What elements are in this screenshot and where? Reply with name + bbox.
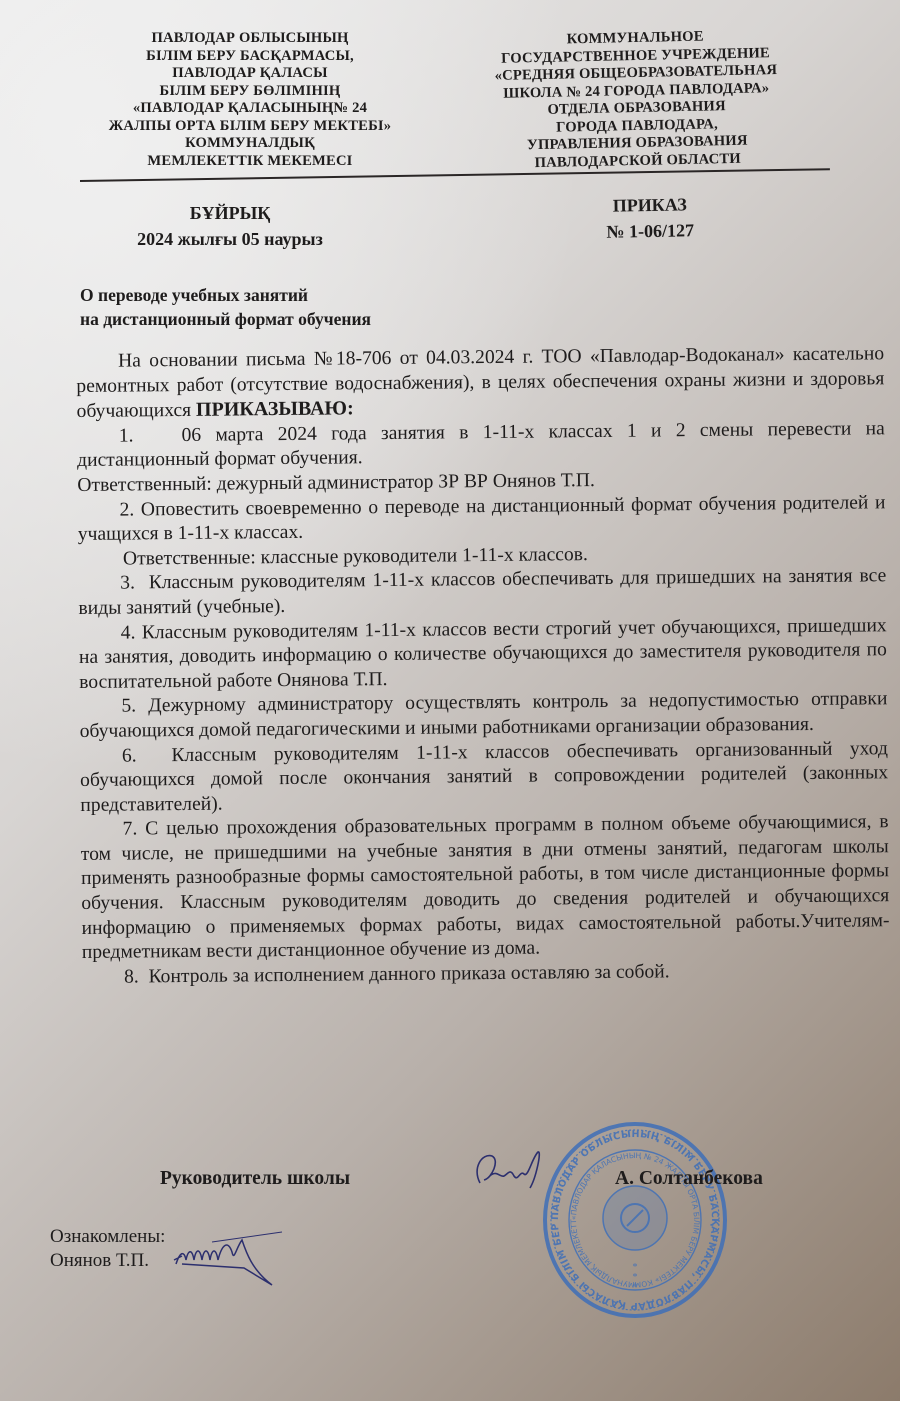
document-page: ПАВЛОДАР ОБЛЫСЫНЫҢ БІЛІМ БЕРУ БАСҚАРМАСЫ… — [0, 0, 900, 1401]
order-item-5: 5. Дежурному администратору осуществлять… — [79, 688, 887, 745]
item-text: 06 марта 2024 года занятия в 1-11-х клас… — [77, 418, 885, 471]
signatory-title: Руководитель школы — [160, 1168, 350, 1190]
svg-text:*: * — [633, 1282, 638, 1293]
header-line: КОММУНАЛДЫҚ — [70, 135, 430, 153]
header-line: МЕМЛЕКЕТТІК МЕКЕМЕСІ — [70, 153, 430, 171]
item-number: 2. — [119, 499, 134, 520]
item-number: 8. — [124, 966, 139, 987]
ack-label: Ознакомлены: — [50, 1225, 165, 1249]
order-title-ru: ПРИКАЗ — [545, 190, 755, 220]
item-text: Классным руководителям 1-11-х классов об… — [78, 566, 886, 619]
header-line: ПАВЛОДАР ОБЛЫСЫНЫҢ — [70, 30, 430, 48]
item-text: Оповестить своевременно о переводе на ди… — [78, 492, 886, 545]
order-body: На основании письма №18-706 от 04.03.202… — [76, 342, 890, 990]
header-kazakh: ПАВЛОДАР ОБЛЫСЫНЫҢ БІЛІМ БЕРУ БАСҚАРМАСЫ… — [70, 30, 430, 170]
order-item-4: 4. Классным руководителям 1-11-х классов… — [79, 614, 888, 696]
preamble: На основании письма №18-706 от 04.03.202… — [76, 342, 885, 425]
item-text: Контроль за исполнением данного приказа … — [148, 961, 669, 987]
order-number: № 1-06/127 — [545, 216, 755, 246]
subject-line: на дистанционный формат обучения — [80, 307, 371, 331]
order-item-7: 7. С целью прохождения образовательных п… — [80, 811, 889, 966]
item-number: 3. — [120, 573, 135, 594]
ack-signature-icon — [172, 1230, 292, 1290]
header-russian: КОММУНАЛЬНОЕ ГОСУДАРСТВЕННОЕ УЧРЕЖДЕНИЕ … — [445, 26, 828, 174]
signatory-name: А. Солтанбекова — [615, 1168, 763, 1190]
item-number: 7. — [123, 819, 138, 840]
director-signature-icon — [470, 1148, 550, 1198]
header-line: БІЛІМ БЕРУ БАСҚАРМАСЫ, — [70, 48, 430, 66]
item-text: Классным руководителям 1-11-х классов об… — [80, 738, 888, 816]
official-stamp-icon: ПАВЛОДАР ОБЛЫСЫНЫҢ БІЛІМ БЕРУ БАСҚАРМАСЫ… — [540, 1120, 730, 1320]
order-date-kz: 2024 жылғы 05 наурыз — [100, 226, 360, 252]
header-line: БІЛІМ БЕРУ БӨЛІМІНІҢ — [70, 83, 430, 101]
item-number: 1. — [119, 425, 134, 446]
header-line: «ПАВЛОДАР ҚАЛАСЫНЫҢ№ 24 — [70, 100, 430, 118]
order-title-kz: БҰЙРЫҚ — [100, 200, 360, 226]
item-number: 4. — [121, 622, 136, 643]
order-item-2: 2. Оповестить своевременно о переводе на… — [77, 491, 885, 548]
header-line: ПАВЛОДАР ҚАЛАСЫ — [70, 65, 430, 83]
order-item-3: 3. Классным руководителям 1-11-х классов… — [78, 565, 886, 622]
order-item-6: 6. Классным руководителям 1-11-х классов… — [80, 737, 889, 819]
subject-line: О переводе учебных занятий — [80, 283, 371, 307]
ack-name: Онянов Т.П. — [50, 1249, 165, 1273]
item-number: 6. — [122, 745, 137, 766]
item-number: 5. — [121, 696, 136, 717]
header-line: ЖАЛПЫ ОРТА БІЛІМ БЕРУ МЕКТЕБІ» — [70, 118, 430, 136]
acknowledgement: Ознакомлены: Онянов Т.П. — [50, 1225, 165, 1273]
item-text: Классным руководителям 1-11-х классов ве… — [79, 615, 887, 693]
item-text: С целью прохождения образовательных прог… — [81, 812, 890, 964]
order-kazakh: БҰЙРЫҚ 2024 жылғы 05 наурыз — [100, 200, 360, 252]
order-russian: ПРИКАЗ № 1-06/127 — [545, 190, 756, 246]
order-item-1: 1.06 марта 2024 года занятия в 1-11-х кл… — [77, 417, 885, 474]
item-text: Дежурному администратору осуществлять ко… — [80, 689, 888, 742]
order-command: ПРИКАЗЫВАЮ: — [196, 398, 354, 422]
order-subject: О переводе учебных занятий на дистанцион… — [80, 283, 371, 331]
